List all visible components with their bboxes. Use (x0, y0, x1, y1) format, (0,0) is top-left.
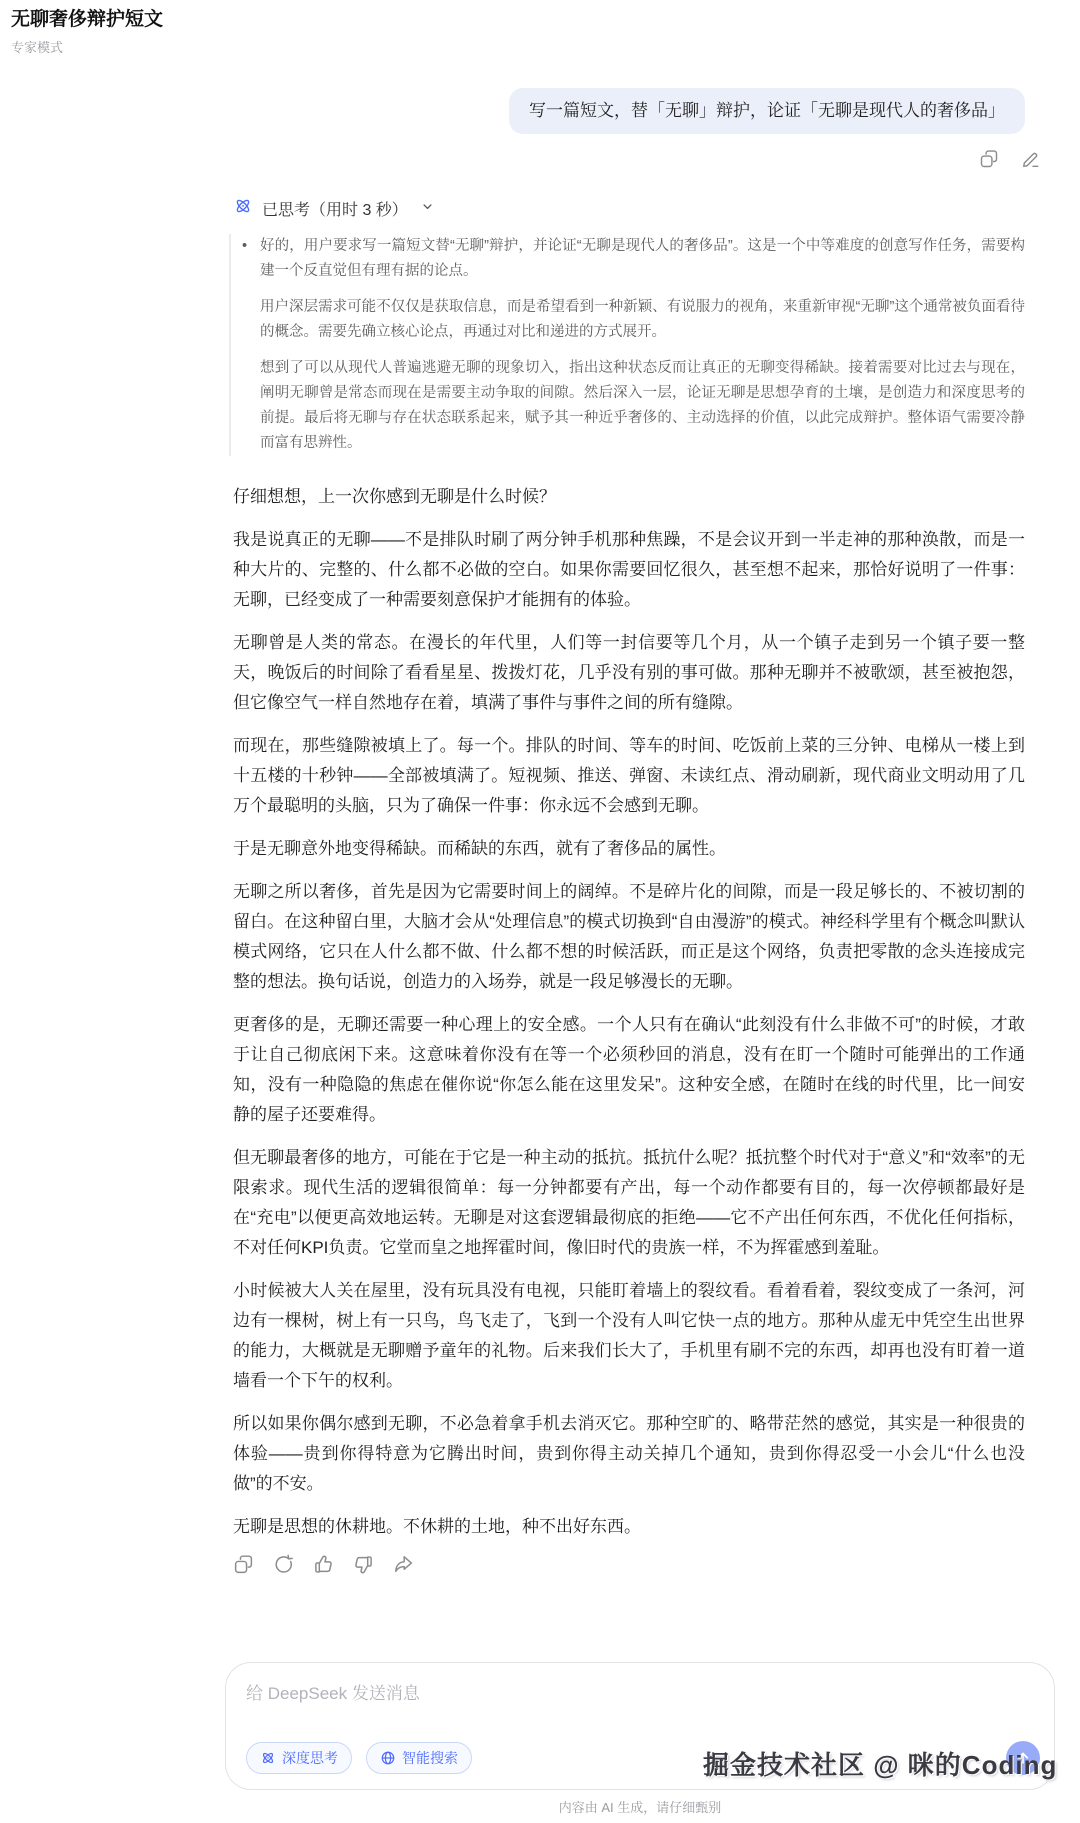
user-message-text: 写一篇短文，替「无聊」辩护，论证「无聊是现代人的奢侈品」 (529, 101, 1005, 120)
essay-paragraph: 无聊之所以奢侈，首先是因为它需要时间上的阔绰。不是碎片化的间隙，而是一段足够长的… (233, 877, 1025, 997)
essay-paragraph: 更奢侈的是，无聊还需要一种心理上的安全感。一个人只有在确认“此刻没有什么非做不可… (233, 1010, 1025, 1130)
essay-paragraph: 但无聊最奢侈的地方，可能在于它是一种主动的抵抗。抵抗什么呢？抵抗整个时代对于“意… (233, 1143, 1025, 1263)
essay-paragraph: 仔细想想，上一次你感到无聊是什么时候？ (233, 482, 1025, 512)
essay-paragraph: 所以如果你偶尔感到无聊，不必急着拿手机去消灭它。那种空旷的、略带茫然的感觉，其实… (233, 1409, 1025, 1499)
chat-thread: 写一篇短文，替「无聊」辩护，论证「无聊是现代人的奢侈品」 (233, 88, 1025, 1575)
regenerate-button[interactable] (273, 1554, 294, 1575)
essay-paragraph: 而现在，那些缝隙被填上了。每一个。排队的时间、等车的时间、吃饭前上菜的三分钟、电… (233, 731, 1025, 821)
essay-paragraph: 无聊曾是人类的常态。在漫长的年代里，人们等一封信要等几个月，从一个镇子走到另一个… (233, 628, 1025, 718)
thinking-list-item: • 好的，用户要求写一篇短文替“无聊”辩护，并论证“无聊是现代人的奢侈品”。这是… (242, 234, 1025, 284)
thinking-paragraph: 用户深层需求可能不仅仅是获取信息，而是希望看到一种新颖、有说服力的视角，来重新审… (260, 295, 1025, 345)
edit-icon (1021, 149, 1041, 169)
like-button[interactable] (313, 1554, 334, 1575)
share-icon (393, 1554, 414, 1575)
essay-paragraph: 于是无聊意外地变得稀缺。而稀缺的东西，就有了奢侈品的属性。 (233, 834, 1025, 864)
ai-disclaimer: 内容由 AI 生成，请仔细甄别 (225, 1797, 1055, 1816)
conversation-mode-label: 专家模式 (11, 37, 163, 56)
response-actions (233, 1554, 1025, 1575)
thinking-paragraph: 想到了可以从现代人普遍逃避无聊的现象切入，指出这种状态反而让真正的无聊变得稀缺。… (260, 356, 1025, 456)
user-message-bubble: 写一篇短文，替「无聊」辩护，论证「无聊是现代人的奢侈品」 (509, 88, 1025, 134)
share-button[interactable] (393, 1554, 414, 1575)
essay-paragraph: 无聊是思想的休耕地。不休耕的土地，种不出好东西。 (233, 1512, 1025, 1542)
globe-icon (380, 1750, 396, 1766)
essay-paragraph: 小时候被大人关在屋里，没有玩具没有电视，只能盯着墙上的裂纹看。看着看着，裂纹变成… (233, 1276, 1025, 1396)
edit-button[interactable] (1021, 149, 1041, 169)
deep-think-label: 深度思考 (282, 1748, 338, 1768)
copy-icon (979, 149, 999, 169)
regenerate-icon (273, 1554, 294, 1575)
message-input[interactable] (246, 1679, 1008, 1721)
user-message-actions (233, 149, 1041, 169)
essay-paragraph: 我是说真正的无聊——不是排队时刷了两分钟手机那种焦躁，不是会议开到一半走神的那种… (233, 525, 1025, 615)
smart-search-toggle[interactable]: 智能搜索 (366, 1742, 472, 1774)
assistant-response: 仔细想想，上一次你感到无聊是什么时候？ 我是说真正的无聊——不是排队时刷了两分钟… (233, 482, 1025, 1542)
thinking-content: • 好的，用户要求写一篇短文替“无聊”辩护，并论证“无聊是现代人的奢侈品”。这是… (229, 234, 1025, 456)
smart-search-label: 智能搜索 (402, 1748, 458, 1768)
deep-think-toggle[interactable]: 深度思考 (246, 1742, 352, 1774)
user-message-row: 写一篇短文，替「无聊」辩护，论证「无聊是现代人的奢侈品」 (233, 88, 1025, 134)
copy-response-button[interactable] (233, 1554, 254, 1575)
thinking-paragraph: 好的，用户要求写一篇短文替“无聊”辩护，并论证“无聊是现代人的奢侈品”。这是一个… (260, 234, 1025, 284)
bullet-marker: • (242, 234, 260, 284)
copy-button[interactable] (979, 149, 999, 169)
conversation-header: 无聊奢侈辩护短文 专家模式 (11, 8, 163, 56)
thumbs-up-icon (313, 1554, 334, 1575)
community-watermark: 掘金技术社区 @ 咪的Coding (703, 1745, 1057, 1782)
conversation-title: 无聊奢侈辩护短文 (11, 8, 163, 32)
thumbs-down-icon (353, 1554, 374, 1575)
deepthink-atom-icon (233, 196, 253, 221)
copy-icon (233, 1554, 254, 1575)
dislike-button[interactable] (353, 1554, 374, 1575)
thinking-toggle[interactable]: 已思考（用时 3 秒） (233, 196, 1025, 221)
deepseek-chat-page: 无聊奢侈辩护短文 专家模式 写一篇短文，替「无聊」辩护，论证「无聊是现代人的奢侈… (0, 0, 1080, 1823)
deepthink-atom-icon (260, 1750, 276, 1766)
chevron-down-icon (420, 199, 435, 219)
thinking-label: 已思考（用时 3 秒） (262, 197, 408, 220)
